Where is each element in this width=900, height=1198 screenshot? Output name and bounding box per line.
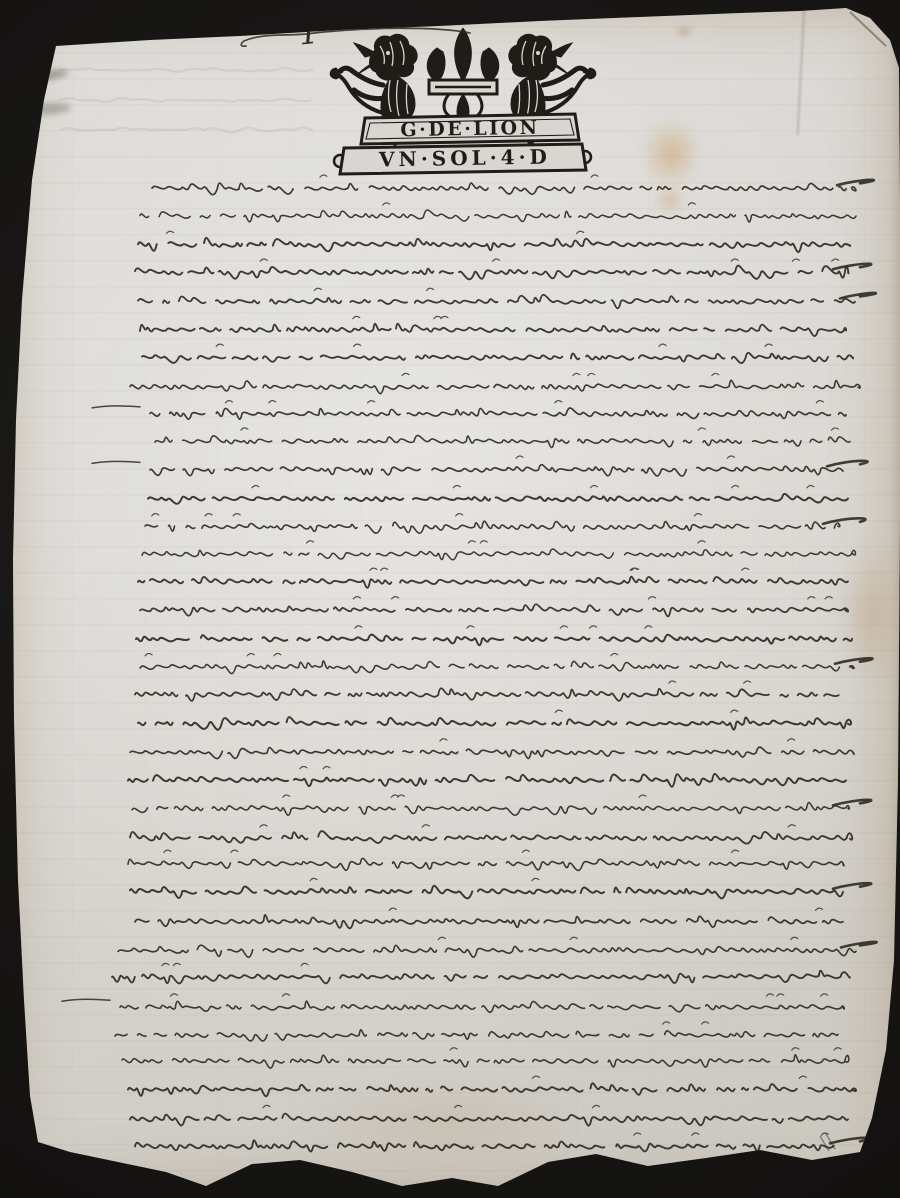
handwritten-text-lines xyxy=(60,68,877,1152)
page-number-flourish: 1 xyxy=(241,15,470,53)
photo-backdrop: G·DE·LION VN·SOL·4·D 1 xyxy=(0,0,900,1198)
manuscript-page: G·DE·LION VN·SOL·4·D 1 xyxy=(0,0,900,1198)
corner-fold-line xyxy=(850,12,886,46)
page-number: 1 xyxy=(297,15,320,53)
handwriting-layer: 1 xyxy=(0,0,900,1198)
